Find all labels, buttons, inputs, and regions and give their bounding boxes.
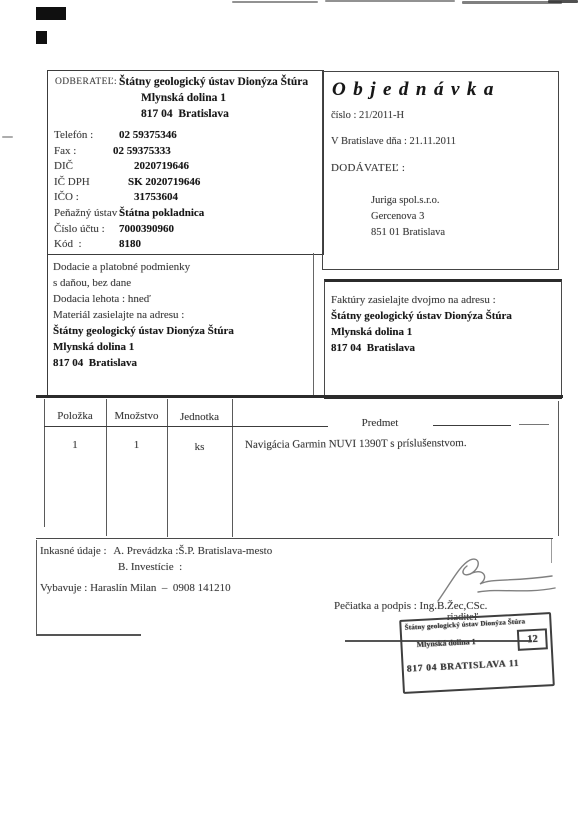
order-box: Objednávka číslo : 21/2011-H V Bratislav… (322, 71, 559, 270)
table-header-rule (44, 426, 328, 427)
field-value: 31753604 (134, 191, 178, 203)
buyer-name: Štátny geologický ústav Dionýza Štúra (119, 74, 308, 90)
scan-edge-artifact (462, 1, 562, 4)
field-value: 02 59375346 (119, 129, 177, 141)
table-header-rule (433, 425, 511, 426)
inkasne-label: Inkasné údaje : (40, 545, 107, 557)
table-bottom-rule (36, 538, 553, 539)
field-value: 02 59375333 (113, 145, 171, 157)
stamp-number-box: 12 (517, 628, 548, 651)
rubber-stamp: Štátny geologický ústav Dionýza Štúra Ml… (399, 612, 555, 694)
footer-border (36, 540, 37, 635)
supplier-city: 851 01 Bratislava (371, 225, 445, 241)
col-header-predmet: Predmet (327, 417, 433, 429)
order-number: číslo : 21/2011-H (331, 110, 404, 121)
invoice-note-line: Faktúry zasielajte dvojmo na adresu : (331, 292, 561, 308)
buyer-fields: Telefón :02 59375346 Fax :02 59375333 DI… (48, 129, 323, 254)
inkasne-b: B. Investície : (118, 561, 182, 573)
field-label: Číslo účtu : (54, 223, 105, 235)
item-cell-predmet: Navigácia Garmin NUVI 1390T s príslušens… (245, 437, 467, 451)
order-title: Objednávka (332, 79, 501, 101)
col-header-jednotka: Jednotka (167, 411, 232, 423)
field-value: 7000390960 (119, 223, 174, 235)
field-value: 2020719646 (134, 160, 189, 172)
ship-street: Mlynská dolina 1 (53, 339, 313, 355)
field-label: IČ DPH (54, 176, 90, 188)
table-header-rule (519, 424, 549, 425)
buyer-box: ODBERATEĽ: Štátny geologický ústav Dioný… (47, 70, 324, 255)
field-label: DIČ (54, 160, 73, 172)
field-ico: IČO :31753604 (48, 191, 323, 207)
scan-edge-artifact (548, 0, 578, 3)
invoice-name: Štátny geologický ústav Dionýza Štúra (331, 308, 561, 324)
field-label: Kód : (54, 238, 82, 250)
vybavuje-line: Vybavuje : Haraslín Milan – 0908 141210 (40, 582, 231, 594)
scan-artifact-square (36, 31, 47, 44)
table-line (232, 399, 233, 537)
ship-name: Štátny geologický ústav Dionýza Štúra (53, 323, 313, 339)
buyer-city: 817 04 Bratislava (141, 106, 308, 122)
terms-box: Dodacie a platobné podmienky s daňou, be… (47, 253, 314, 395)
invoice-street: Mlynská dolina 1 (331, 324, 561, 340)
order-date: V Bratislave dňa : 21.11.2011 (331, 136, 456, 147)
col-header-polozka: Položka (44, 410, 106, 422)
field-telefon: Telefón :02 59375346 (48, 129, 323, 145)
scan-edge-artifact (325, 0, 455, 2)
scan-artifact-bar (36, 7, 66, 20)
field-ic-dph: IČ DPHSK 2020719646 (48, 176, 323, 192)
field-kod: Kód :8180 (48, 238, 323, 254)
field-label: Fax : (54, 145, 76, 157)
invoice-note-box: Faktúry zasielajte dvojmo na adresu : Št… (324, 279, 562, 399)
supplier-street: Gercenova 3 (371, 209, 445, 225)
buyer-street: Mlynská dolina 1 (141, 90, 308, 106)
field-label: Peňažný ústav : (54, 207, 123, 219)
item-cell-jednotka: ks (167, 441, 232, 453)
section-divider (36, 395, 563, 398)
field-label: IČO : (54, 191, 79, 203)
supplier-label: DODÁVATEĽ : (331, 162, 405, 174)
field-value: 8180 (119, 238, 141, 250)
field-value: Štátna pokladnica (119, 207, 204, 219)
supplier-name: Juriga spol.s.r.o. (371, 193, 445, 209)
field-fax: Fax :02 59375333 (48, 145, 323, 161)
scan-edge-artifact (232, 1, 318, 3)
stamp-org-name: Štátny geologický ústav Dionýza Štúra (404, 617, 525, 631)
terms-line: Dodacie a platobné podmienky (53, 259, 313, 275)
field-dic: DIČ2020719646 (48, 160, 323, 176)
stamp-street: Mlynská dolina 1 (416, 637, 476, 649)
ship-city: 817 04 Bratislava (53, 355, 313, 371)
item-cell-polozka: 1 (44, 439, 106, 451)
stamp-city: 817 04 BRATISLAVA 11 (407, 659, 520, 675)
inkasne-a: A. Prevádzka :Š.P. Bratislava-mesto (113, 545, 272, 557)
invoice-city: 817 04 Bratislava (331, 340, 561, 356)
footer-border (36, 634, 141, 636)
terms-line: Dodacia lehota : hneď (53, 291, 313, 307)
signature-scribble (424, 551, 559, 603)
field-value: SK 2020719646 (128, 176, 200, 188)
field-label: Telefón : (54, 129, 93, 141)
supplier-address: Juriga spol.s.r.o. Gercenova 3 851 01 Br… (371, 193, 445, 241)
col-header-mnozstvo: Množstvo (106, 410, 167, 422)
scan-artifact-dash (2, 136, 13, 138)
field-cislo-uctu: Číslo účtu :7000390960 (48, 223, 323, 239)
terms-line: s daňou, bez dane (53, 275, 313, 291)
inkasne-line: Inkasné údaje : A. Prevádzka :Š.P. Brati… (40, 545, 272, 557)
scanned-order-document: ODBERATEĽ: Štátny geologický ústav Dioný… (0, 0, 583, 834)
terms-line: Materiál zasielajte na adresu : (53, 307, 313, 323)
buyer-label: ODBERATEĽ: (55, 77, 117, 87)
item-cell-mnozstvo: 1 (106, 439, 167, 451)
table-line (558, 401, 559, 536)
buyer-address: Štátny geologický ústav Dionýza Štúra Ml… (119, 74, 308, 122)
field-penazny-ustav: Peňažný ústav :Štátna pokladnica (48, 207, 323, 223)
